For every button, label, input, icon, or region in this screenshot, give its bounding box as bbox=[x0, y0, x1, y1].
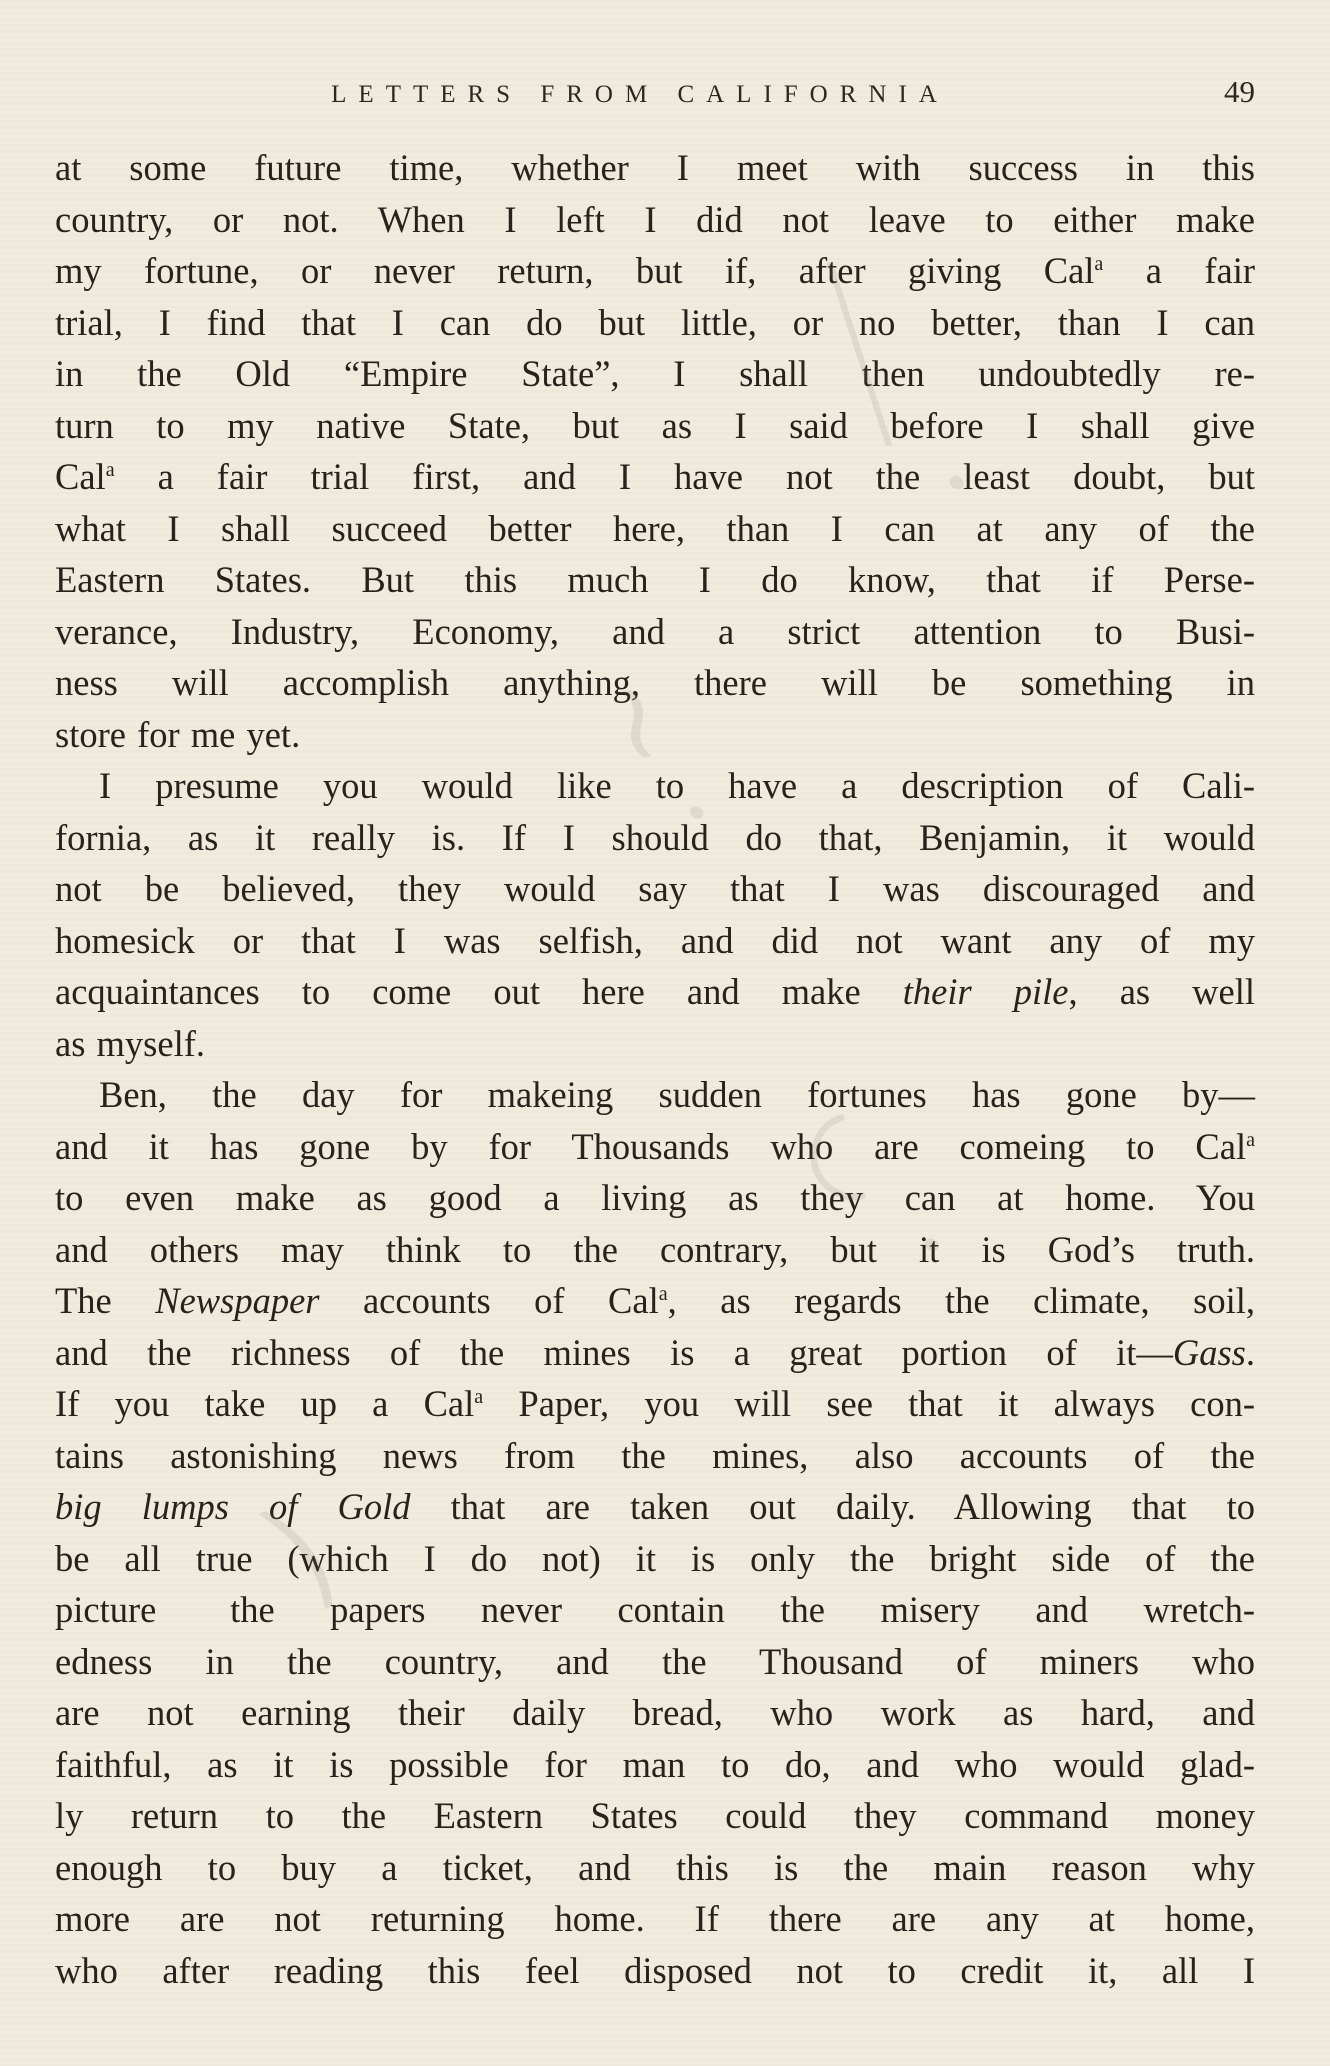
letter-body-text: at some future time, whether I meet with… bbox=[55, 142, 1255, 1996]
text-line: turn to my native State, but as I said b… bbox=[55, 400, 1255, 452]
text-line: Eastern States. But this much I do know,… bbox=[55, 554, 1255, 606]
text-line: trial, I find that I can do but little, … bbox=[55, 297, 1255, 349]
text-line: The Newspaper accounts of Cala, as regar… bbox=[55, 1275, 1255, 1327]
text-line: more are not returning home. If there ar… bbox=[55, 1893, 1255, 1945]
text-line: my fortune, or never return, but if, aft… bbox=[55, 245, 1255, 297]
text-line: and others may think to the contrary, bu… bbox=[55, 1224, 1255, 1276]
text-line: enough to buy a ticket, and this is the … bbox=[55, 1842, 1255, 1894]
text-line: ly return to the Eastern States could th… bbox=[55, 1790, 1255, 1842]
text-line: store for me yet. bbox=[55, 709, 1255, 761]
text-line: faithful, as it is possible for man to d… bbox=[55, 1739, 1255, 1791]
text-line: be all true (which I do not) it is only … bbox=[55, 1533, 1255, 1585]
text-line: Ben, the day for makeing sudden fortunes… bbox=[55, 1069, 1255, 1121]
text-line: country, or not. When I left I did not l… bbox=[55, 194, 1255, 246]
running-header: LETTERS FROM CALIFORNIA 49 bbox=[55, 74, 1255, 110]
page-header-title: LETTERS FROM CALIFORNIA bbox=[55, 81, 1165, 109]
text-line: and it has gone by for Thousands who are… bbox=[55, 1121, 1255, 1173]
text-line: and the richness of the mines is a great… bbox=[55, 1327, 1255, 1379]
text-line: ness will accomplish anything, there wil… bbox=[55, 657, 1255, 709]
text-line: big lumps of Gold that are taken out dai… bbox=[55, 1481, 1255, 1533]
page-number: 49 bbox=[1165, 74, 1255, 110]
text-line: Cala a fair trial first, and I have not … bbox=[55, 451, 1255, 503]
text-line: not be believed, they would say that I w… bbox=[55, 863, 1255, 915]
text-line: at some future time, whether I meet with… bbox=[55, 142, 1255, 194]
text-line: homesick or that I was selfish, and did … bbox=[55, 915, 1255, 967]
text-line: are not earning their daily bread, who w… bbox=[55, 1687, 1255, 1739]
text-line: verance, Industry, Economy, and a strict… bbox=[55, 606, 1255, 658]
book-page: LETTERS FROM CALIFORNIA 49 at some futur… bbox=[0, 0, 1330, 2066]
text-line: to even make as good a living as they ca… bbox=[55, 1172, 1255, 1224]
text-line: I presume you would like to have a descr… bbox=[55, 760, 1255, 812]
text-line: as myself. bbox=[55, 1018, 1255, 1070]
text-line: acquaintances to come out here and make … bbox=[55, 966, 1255, 1018]
text-line: If you take up a Cala Paper, you will se… bbox=[55, 1378, 1255, 1430]
text-line: tains astonishing news from the mines, a… bbox=[55, 1430, 1255, 1482]
text-line: what I shall succeed better here, than I… bbox=[55, 503, 1255, 555]
text-line: picture the papers never contain the mis… bbox=[55, 1584, 1255, 1636]
text-line: fornia, as it really is. If I should do … bbox=[55, 812, 1255, 864]
text-line: edness in the country, and the Thousand … bbox=[55, 1636, 1255, 1688]
text-line: who after reading this feel disposed not… bbox=[55, 1945, 1255, 1997]
text-line: in the Old “Empire State”, I shall then … bbox=[55, 348, 1255, 400]
